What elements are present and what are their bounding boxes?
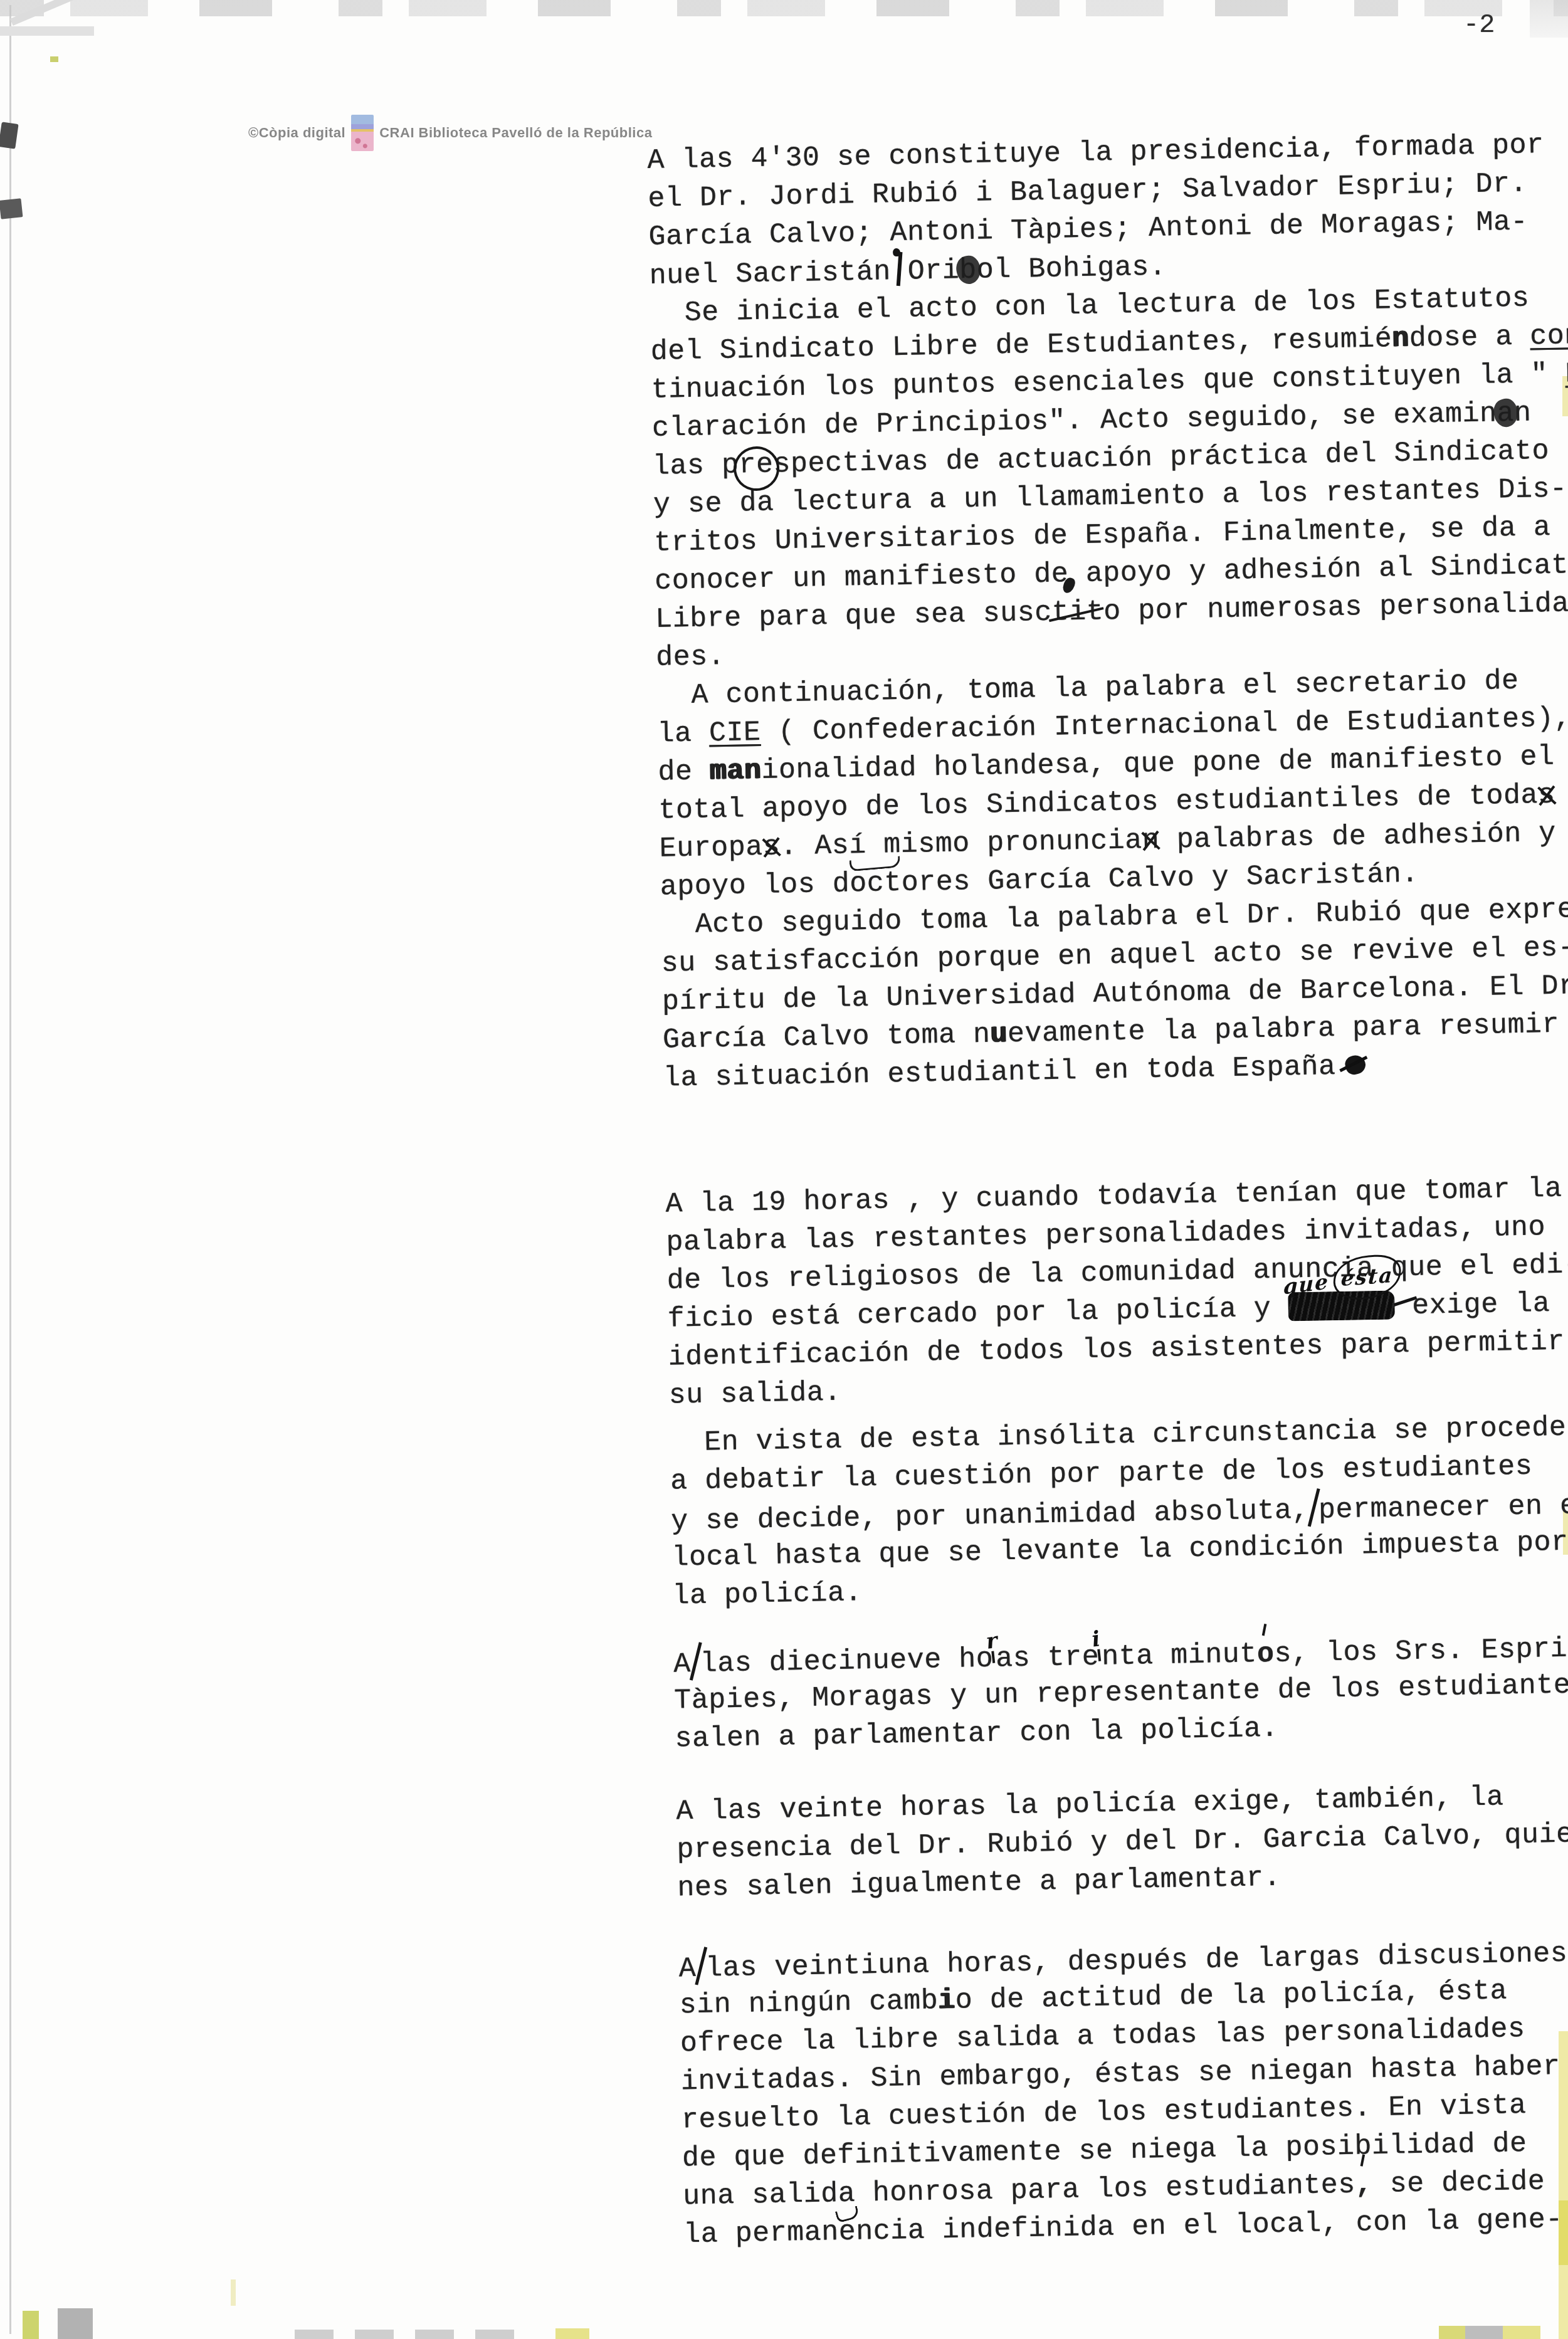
typed-text-segment: nuel Sacristán [649,256,891,292]
typed-text-segment: n [1392,323,1409,355]
scan-artifact-bottom-edge [295,2330,520,2339]
typed-text-segment: exige la [1394,1288,1550,1322]
handwritten-scribbled-out-word: queésta [1288,1290,1395,1321]
typed-text-segment: las p [653,449,739,483]
typed-text-segment: CIE [709,717,761,749]
typed-text-segment: palabras de adhesión y [1159,817,1556,856]
handwritten-word: que [1283,1269,1329,1299]
scan-artifact-bottom-left [58,2308,93,2339]
typed-text-segment: o [1256,1638,1274,1670]
scan-artifact-left-line [9,5,11,2334]
scan-artifact-bottom-edge [555,2328,589,2339]
typed-text-segment: salen a parlamentar con la policía. [675,1713,1278,1755]
page-number: -2 [1463,10,1495,40]
typed-paragraph: Alas diecinueve horas treinta minutos, l… [673,1626,1568,1758]
typed-text-segment: o por numerosas personalida- [1103,587,1568,628]
typed-text: A las 4'30 se constituye la presidencia,… [647,125,1568,2254]
typed-text-segment: nes salen igualmente a parlamentar. [677,1862,1281,1905]
typed-text-segment: o de actitud de la policía, ésta [955,1975,1507,2017]
typed-paragraph: Se inicia el acto con la lectura de los … [650,278,1568,677]
pen-mark-slash [697,1948,705,1984]
typed-text-segment: s, los Srs. Espriu, [1274,1632,1568,1670]
typed-text-segment: u [990,1018,1008,1050]
typed-text-segment: su salida. [668,1377,841,1412]
typed-text-segment: una salid [683,2178,838,2212]
typed-text-segment: De [1565,358,1568,391]
scan-artifact-bottom-left [23,2311,39,2339]
typed-text-segment: evamente la palabra para resumir [1008,1009,1560,1050]
typed-text-segment: la [657,717,709,750]
typed-paragraph: A la 19 horas , y cuando todavía tenían … [665,1169,1568,1415]
scan-artifact-speck [50,56,58,62]
typed-text-segment: honrosa para los estudiantes [855,2169,1355,2210]
typed-text-segment: la policía. [672,1577,862,1612]
typed-text-segment: la situación estudiantil en toda España [663,1051,1336,1095]
typed-text-segment: s [762,831,780,863]
typed-text-segment: i [938,1985,955,2017]
typed-text-segment: man [710,755,762,787]
typed-text-segment: con [1530,320,1568,352]
typed-text-segment: Europa [659,831,763,865]
typed-paragraph: Acto seguido toma la palabra el Dr. Rubi… [660,890,1568,1098]
watermark-library-text: CRAI Biblioteca Pavelló de la República [379,125,652,141]
watermark-copyright-text: ©Còpia digital [248,125,345,141]
scan-artifact-top-edge [0,0,1568,16]
pen-mark-penmark [895,252,905,286]
typed-text-segment: tit [1051,596,1103,628]
typed-paragraph: A continuación, toma la palabra el secre… [656,660,1568,907]
typed-text-segment: as tre [996,1641,1100,1675]
scanned-page: ©Còpia digital CRAI Biblioteca Pavelló d… [0,0,1568,2339]
handwritten-inserted-letter: r [993,1661,996,1666]
typed-text-segment: García Calvo toma n [663,1019,991,1056]
digital-copy-watermark: ©Còpia digital CRAI Biblioteca Pavelló d… [248,114,652,152]
typed-text-segment: a [1497,397,1514,429]
scan-artifact-bottom-edge [231,2279,236,2306]
pen-mark-flourish [1341,1051,1368,1080]
typed-text-segment: nta minut [1102,1638,1257,1673]
scan-artifact-dark-mark [0,122,19,149]
typed-text-segment: las diecinueve ho [700,1643,993,1680]
typed-text-segment: se decide [1372,2166,1545,2201]
typed-text-segment: Ori [907,255,959,287]
handwritten-word-circled: ésta [1332,1253,1402,1301]
typed-paragraph: A las 4'30 se constituye la presidencia,… [647,125,1568,295]
library-logo-icon [351,115,374,151]
typed-text-segment: A [673,1648,691,1680]
scan-artifact-dark-mark [0,198,23,219]
pen-mark-slash [692,1643,699,1679]
typed-text-segment: de [658,755,710,788]
typed-text-segment: a [838,2178,855,2210]
typed-text-segment: des. [656,641,725,674]
typed-paragraph: En vista de esta insólita circunstancia … [670,1407,1568,1615]
pen-mark-slash [1310,1490,1317,1526]
handwritten-inserted-letter: i [1099,1659,1102,1664]
typed-paragraph: Alas veintiuna horas, después de largas … [678,1931,1568,2254]
scan-artifact-steps [0,26,94,36]
typed-text-segment: s [1538,779,1555,811]
scan-artifact-top-right [1530,0,1568,38]
typed-text-segment: . As [780,830,850,863]
scan-artifact-bottom-right [1439,2326,1540,2339]
typed-text-segment: n [1142,824,1159,856]
typed-text-segment: re [739,449,774,481]
typed-text-segment: b [959,255,977,286]
typed-text-segment: A [678,1953,696,1985]
typed-text-segment: , [1355,2168,1372,2200]
typed-text-segment: dose a [1409,320,1530,354]
typed-paragraph: A las veinte horas la policía exige, tam… [676,1775,1568,1907]
typed-text-segment: sin ningún camb [679,1985,938,2021]
typed-text-segment: í m [849,829,901,861]
typed-text-segment: Libre para que sea susc [655,597,1052,636]
typed-text-segment: ol Bohigas. [976,251,1166,286]
typed-text-segment: permanecer en el [1318,1490,1568,1527]
typed-text-segment: ismo pronuncia [900,824,1142,861]
